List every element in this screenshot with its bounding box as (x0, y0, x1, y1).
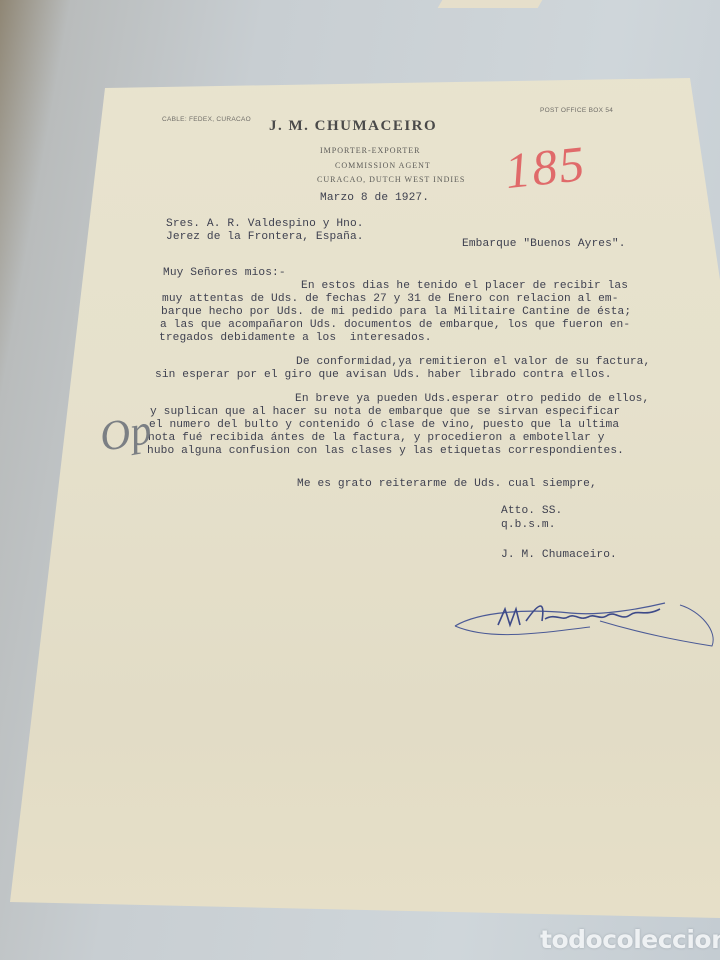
sign-off-line-1: Atto. SS. (501, 505, 562, 518)
handwritten-signature (450, 555, 720, 679)
paragraph-1-line: barque hecho por Uds. de mi pedido para … (161, 306, 631, 319)
letterhead-company-name: J. M. CHUMACEIRO (269, 118, 437, 135)
paragraph-2-line: De conformidad,ya remitieron el valor de… (296, 356, 650, 369)
paragraph-1-line: tregados debidamente a los interesados. (159, 332, 432, 345)
letter-date: Marzo 8 de 1927. (320, 192, 429, 205)
background-card-edge (438, 0, 543, 8)
sign-off-line-2: q.b.s.m. (501, 519, 556, 532)
letterhead-line-3: CURACAO, DUTCH WEST INDIES (317, 175, 465, 184)
closing-line: Me es grato reiterarme de Uds. cual siem… (297, 478, 597, 491)
recipient-line-2: Jerez de la Frontera, España. (166, 231, 364, 244)
paragraph-2-line: sin esperar por el giro que avisan Uds. … (155, 369, 612, 382)
todocoleccion-watermark: todocoleccion (540, 925, 720, 954)
letterhead-line-1: IMPORTER-EXPORTER (320, 146, 421, 155)
red-pencil-number: 185 (502, 134, 589, 200)
paragraph-1-line: En estos dias he tenido el placer de rec… (301, 280, 628, 293)
paragraph-3-line: el numero del bulto y contenido ó clase … (149, 419, 619, 432)
paragraph-3-line: y suplican que al hacer su nota de embar… (150, 406, 620, 419)
salutation: Muy Señores mios:- (163, 267, 286, 280)
paragraph-1-line: muy attentas de Uds. de fechas 27 y 31 d… (162, 293, 619, 306)
paragraph-3-line: nota fué recibida ántes de la factura, y… (148, 432, 605, 445)
shipment-reference: Embarque "Buenos Ayres". (462, 238, 626, 251)
paragraph-3-line: En breve ya pueden Uds.esperar otro pedi… (295, 393, 649, 406)
paragraph-3-line: hubo alguna confusion con las clases y l… (147, 445, 624, 458)
letterhead-po-box: POST OFFICE BOX 54 (540, 107, 613, 114)
letterhead-line-2: COMMISSION AGENT (335, 161, 431, 170)
paragraph-1-line: a las que acompañaron Uds. documentos de… (160, 319, 630, 332)
letterhead-cable: CABLE: FEDEX, CURACAO (162, 116, 251, 123)
pencil-margin-mark: Op (96, 406, 155, 462)
recipient-line-1: Sres. A. R. Valdespino y Hno. (166, 218, 364, 231)
